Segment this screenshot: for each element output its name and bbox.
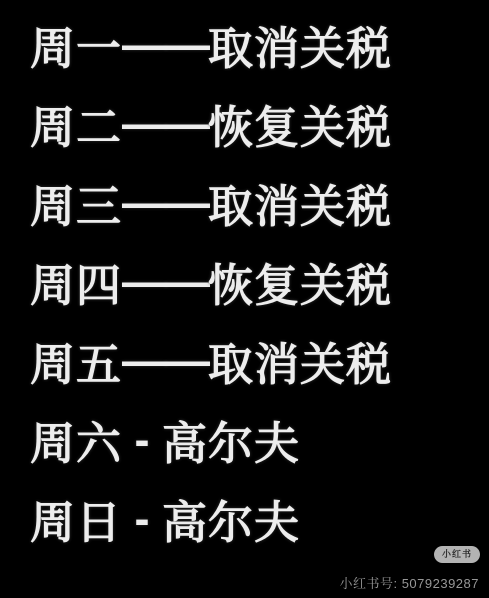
schedule-row-thursday: 周四——恢复关税 — [30, 242, 481, 321]
activity-label: 取消关税 — [208, 12, 392, 77]
schedule-row-wednesday: 周三——取消关税 — [30, 163, 481, 242]
schedule-row-monday: 周一——取消关税 — [30, 5, 481, 84]
schedule-row-sunday: 周日 - 高尔夫 — [30, 479, 481, 558]
hyphen-separator: - — [122, 414, 162, 466]
activity-label: 取消关税 — [208, 328, 392, 393]
day-label: 周五 — [30, 328, 122, 393]
day-label: 周三 — [30, 170, 122, 235]
activity-label: 恢复关税 — [208, 249, 392, 314]
day-label: 周二 — [30, 91, 122, 156]
day-label: 周六 — [30, 407, 122, 472]
dash-separator: —— — [122, 19, 208, 71]
day-label: 周四 — [30, 249, 122, 314]
activity-label: 恢复关税 — [208, 91, 392, 156]
schedule-row-tuesday: 周二——恢复关税 — [30, 84, 481, 163]
day-label: 周日 — [30, 486, 122, 551]
xiaohongshu-logo-badge: 小红书 — [434, 546, 480, 563]
activity-label: 高尔夫 — [162, 407, 300, 472]
dash-separator: —— — [122, 177, 208, 229]
dash-separator: —— — [122, 256, 208, 308]
dash-separator: —— — [122, 98, 208, 150]
schedule-row-saturday: 周六 - 高尔夫 — [30, 400, 481, 479]
activity-label: 高尔夫 — [162, 486, 300, 551]
activity-label: 取消关税 — [208, 170, 392, 235]
hyphen-separator: - — [122, 493, 162, 545]
xiaohongshu-id-watermark: 小红书号: 5079239287 — [339, 573, 479, 592]
day-label: 周一 — [30, 12, 122, 77]
dash-separator: —— — [122, 335, 208, 387]
schedule-row-friday: 周五——取消关税 — [30, 321, 481, 400]
meme-image: 周一——取消关税 周二——恢复关税 周三——取消关税 周四——恢复关税 周五——… — [0, 0, 489, 598]
weekly-schedule-list: 周一——取消关税 周二——恢复关税 周三——取消关税 周四——恢复关税 周五——… — [30, 5, 481, 558]
